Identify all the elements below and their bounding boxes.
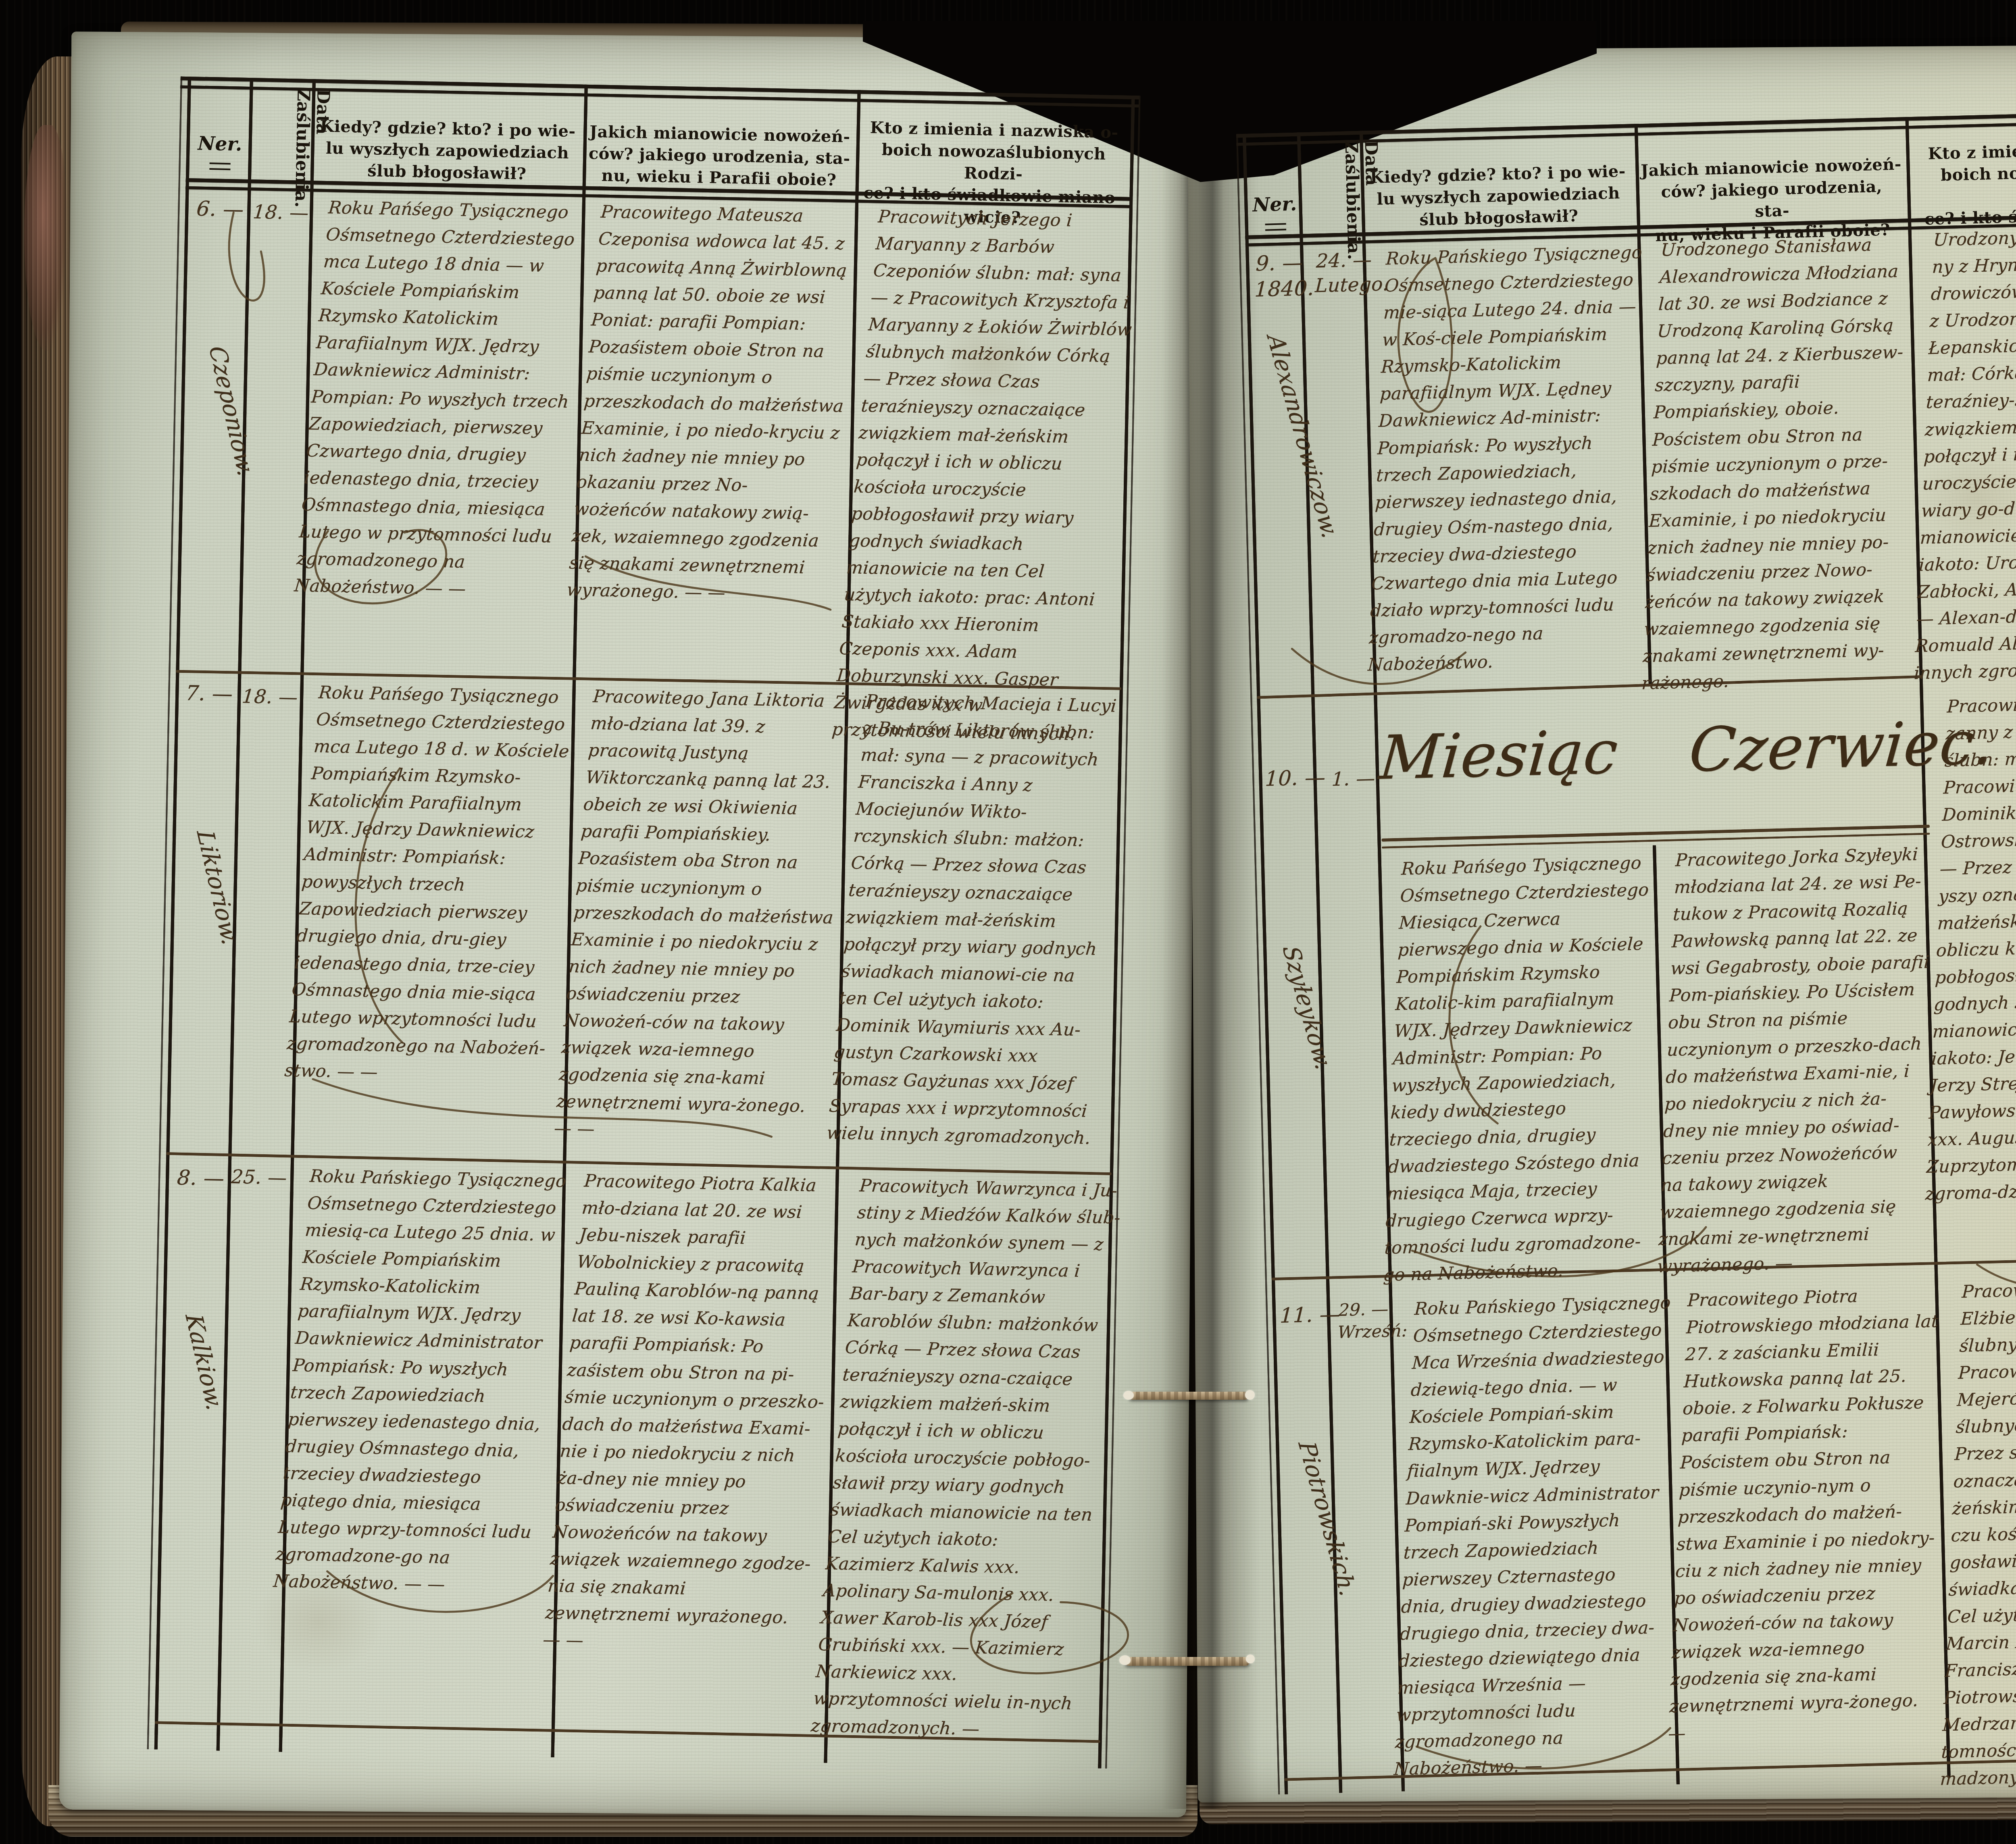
thread-fiber — [1246, 1655, 1255, 1663]
marriage-register-table-right: Ner. Data Zaślubienia. Kiedy? gdzie? kto… — [1243, 110, 2016, 1798]
marriage-register-table-left: Ner. Data Zaślubienia. Kiedy? gdzie? kto… — [154, 77, 1133, 1772]
thread-fiber — [1119, 1655, 1131, 1665]
spine-wear-patch — [24, 125, 67, 351]
binding-thread — [1124, 1657, 1250, 1666]
gutter-crease-shadow — [1162, 37, 1259, 1809]
photograph-scene: Ner. Data Zaślubienia. Kiedy? gdzie? kto… — [0, 0, 2016, 1844]
ink-flourish-swashes — [1243, 110, 2016, 1798]
thread-fiber — [1123, 1391, 1134, 1400]
thread-fiber — [1245, 1390, 1255, 1400]
ink-flourish-swashes — [154, 77, 1133, 1772]
binding-thread — [1128, 1392, 1249, 1400]
